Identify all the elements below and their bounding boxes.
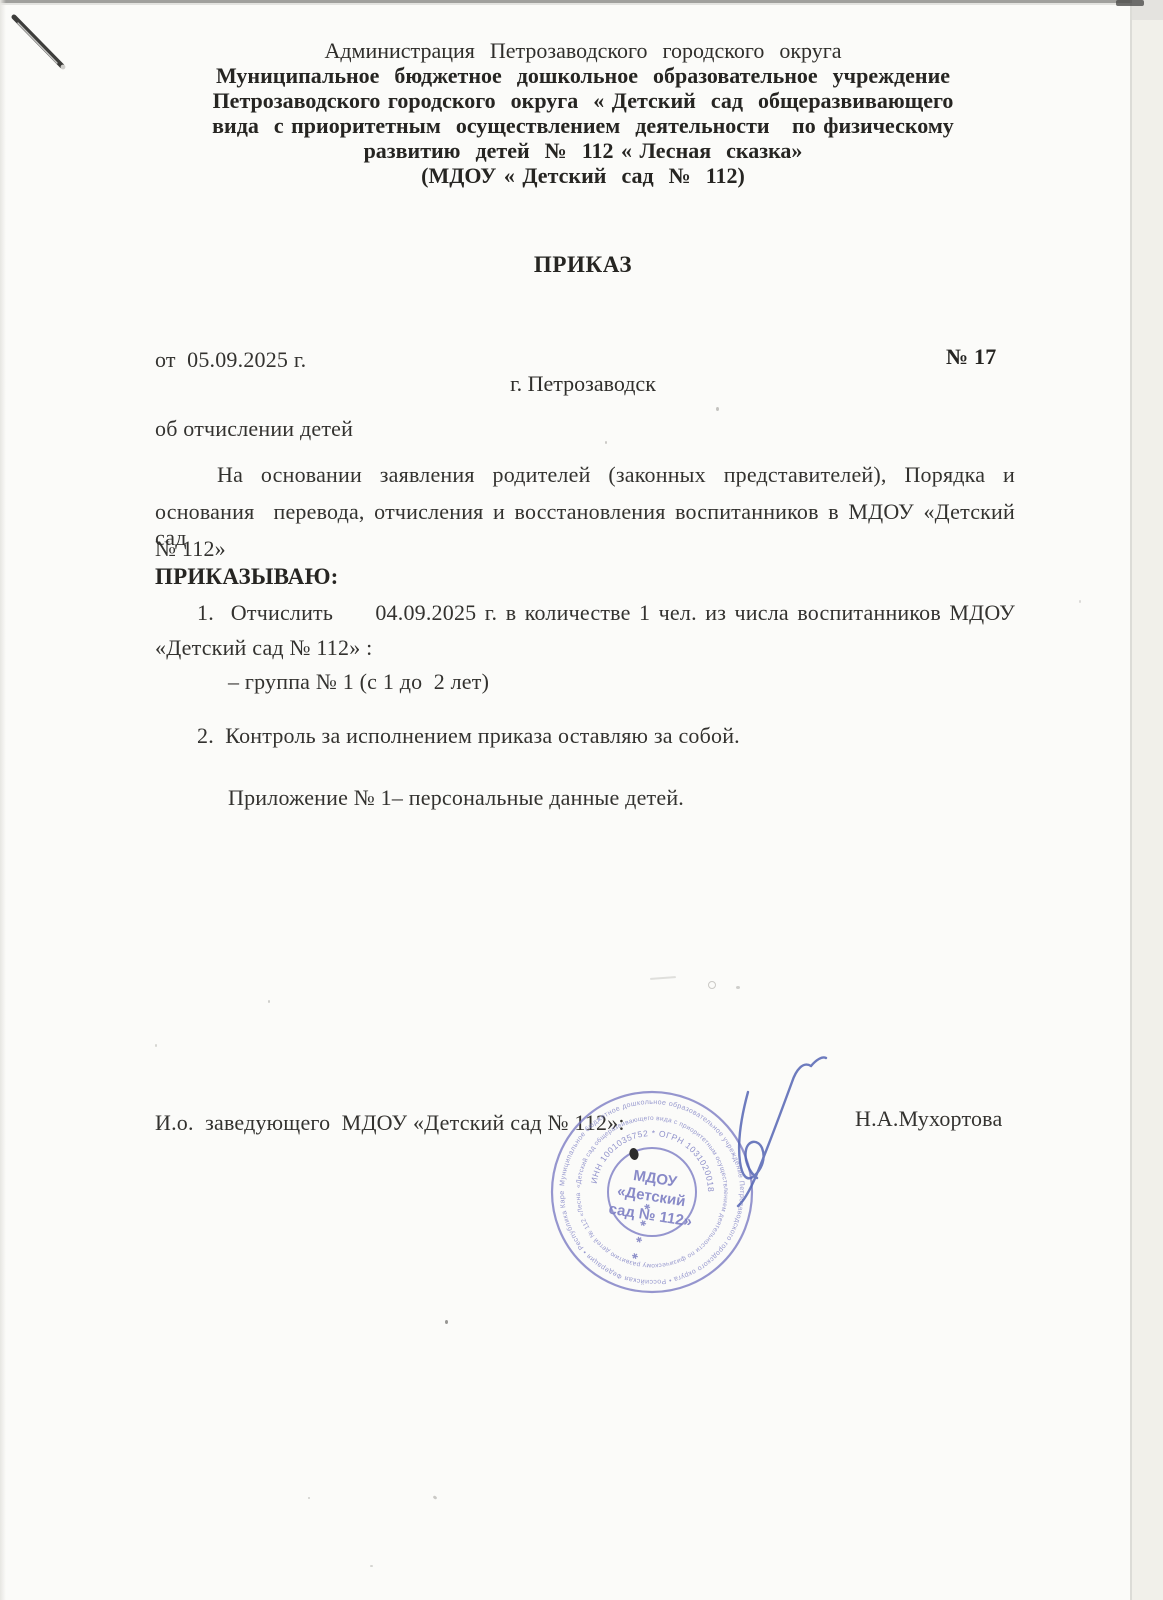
- scan-speck: [268, 1000, 270, 1003]
- scan-speck: [1079, 600, 1081, 603]
- order-date: от 05.09.2025 г.: [155, 347, 306, 373]
- header-org-line-3: вида с приоритетным осуществлением деяте…: [150, 113, 1016, 138]
- scan-edge-left: [0, 0, 6, 1600]
- paragraph-line-1: На основании заявления родителей (законн…: [217, 462, 1015, 488]
- order-item-2: 2. Контроль за исполнением приказа остав…: [197, 723, 740, 749]
- order-title: ПРИКАЗ: [150, 252, 1016, 278]
- header-org-line-1: Муниципальное бюджетное дошкольное образ…: [150, 63, 1016, 88]
- header-org-line-2: Петрозаводского городского округа « Детс…: [150, 88, 1016, 113]
- scan-speck: [716, 407, 719, 411]
- scan-speck: [445, 1320, 448, 1324]
- city-line: г. Петрозаводск: [150, 371, 1016, 397]
- header-org-line-5: (МДОУ « Детский сад № 112): [150, 163, 1016, 188]
- header-administration-line: Администрация Петрозаводского городского…: [150, 38, 1016, 63]
- scan-edge-right-line: [1130, 0, 1132, 1600]
- scan-speck: [708, 981, 716, 989]
- scan-speck: [308, 1497, 310, 1499]
- paragraph-line-3: № 112»: [155, 536, 226, 562]
- order-item-1: 1. Отчислить 04.09.2025 г. в количестве …: [197, 600, 1015, 626]
- paragraph-line-2: основания перевода, отчисления и восстан…: [155, 499, 1015, 551]
- subject-line: об отчислении детей: [155, 416, 353, 442]
- attachment-line: Приложение № 1– персональные данные дете…: [228, 785, 684, 811]
- scan-speck: [736, 986, 740, 989]
- scan-speck: [155, 1044, 157, 1047]
- scanned-order-page: { "document": { "header": { "line1": "Ад…: [0, 0, 1163, 1600]
- ink-signature: [660, 1048, 890, 1228]
- scan-speck: [433, 1495, 438, 1500]
- doc-header: Администрация Петрозаводского городского…: [150, 38, 1016, 188]
- order-item-1-cont: «Детский сад № 112» :: [155, 635, 372, 661]
- pen-mark-icon: [8, 10, 78, 80]
- ink-dot: [628, 1147, 639, 1161]
- resolution-heading: ПРИКАЗЫВАЮ:: [155, 564, 339, 590]
- scan-mark-top-right: [1116, 0, 1144, 6]
- scan-edge-top-fade: [0, 3, 1163, 5]
- scan-speck: [605, 441, 607, 444]
- header-org-line-4: развитию детей № 112 « Лесная сказка»: [150, 138, 1016, 163]
- group-line: – группа № 1 (с 1 до 2 лет): [228, 669, 489, 695]
- scan-speck: [370, 1565, 373, 1567]
- scan-edge-right-strip: [1132, 0, 1163, 1600]
- scan-speck: [650, 976, 676, 980]
- order-number: № 17: [946, 344, 996, 370]
